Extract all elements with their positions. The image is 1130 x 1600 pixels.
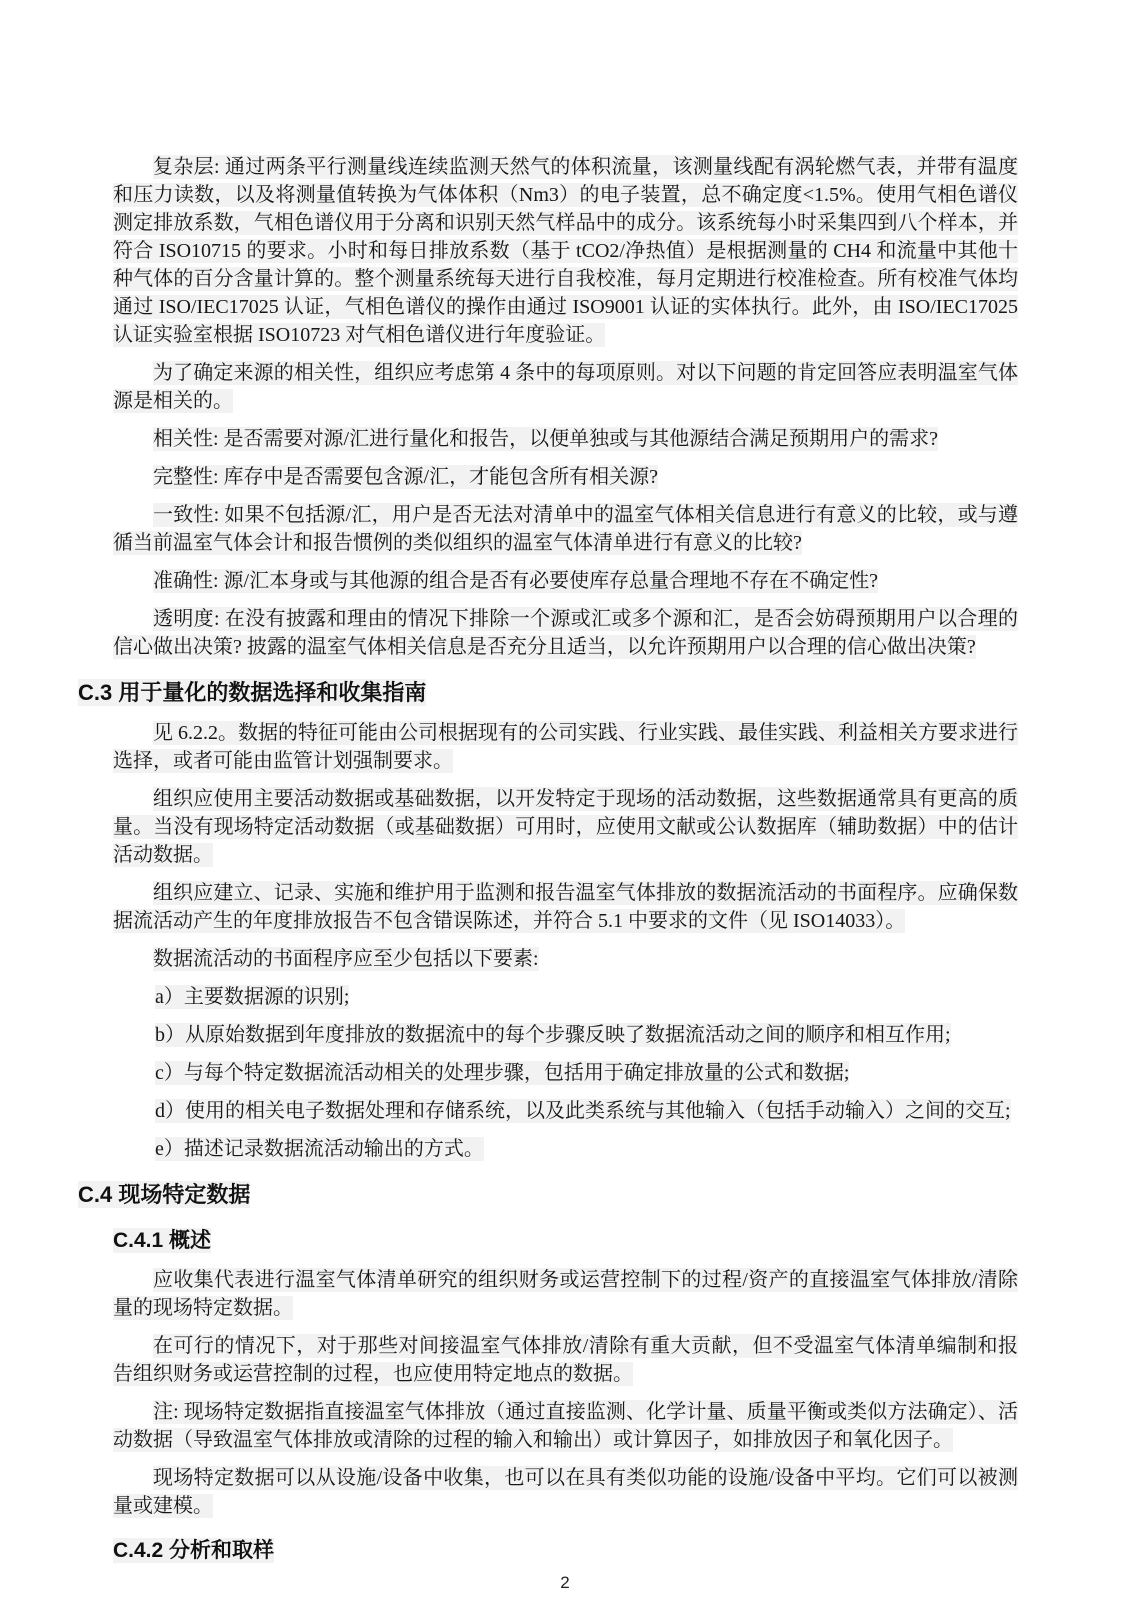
- document-content: 复杂层: 通过两条平行测量线连续监测天然气的体积流量，该测量线配有涡轮燃气表，并…: [0, 0, 1130, 1565]
- list-item: d）使用的相关电子数据处理和存储系统，以及此类系统与其他输入（包括手动输入）之间…: [155, 1097, 1018, 1125]
- paragraph: 相关性: 是否需要对源/汇进行量化和报告，以便单独或与其他源结合满足预期用户的需…: [113, 425, 1018, 453]
- section-heading-text: C.3 用于量化的数据选择和收集指南: [78, 679, 426, 706]
- paragraph: 复杂层: 通过两条平行测量线连续监测天然气的体积流量，该测量线配有涡轮燃气表，并…: [113, 153, 1018, 349]
- paragraph: 数据流活动的书面程序应至少包括以下要素:: [113, 945, 1018, 973]
- paragraph-text: 复杂层: 通过两条平行测量线连续监测天然气的体积流量，该测量线配有涡轮燃气表，并…: [113, 155, 1018, 347]
- paragraph: 在可行的情况下，对于那些对间接温室气体排放/清除有重大贡献，但不受温室气体清单编…: [113, 1332, 1018, 1388]
- paragraph: 透明度: 在没有披露和理由的情况下排除一个源或汇或多个源和汇，是否会妨碍预期用户…: [113, 605, 1018, 661]
- paragraph: 为了确定来源的相关性，组织应考虑第 4 条中的每项原则。对以下问题的肯定回答应表…: [113, 359, 1018, 415]
- paragraph: 准确性: 源/汇本身或与其他源的组合是否有必要使库存总量合理地不存在不确定性?: [113, 567, 1018, 595]
- list-item-text: c）与每个特定数据流活动相关的处理步骤，包括用于确定排放量的公式和数据;: [155, 1061, 849, 1085]
- list-item-text: a）主要数据源的识别;: [155, 985, 349, 1009]
- paragraph-text: 相关性: 是否需要对源/汇进行量化和报告，以便单独或与其他源结合满足预期用户的需…: [153, 427, 938, 451]
- subsection-heading-text: C.4.1 概述: [113, 1228, 211, 1253]
- paragraph-text: 在可行的情况下，对于那些对间接温室气体排放/清除有重大贡献，但不受温室气体清单编…: [113, 1334, 1018, 1386]
- list-item-text: b）从原始数据到年度排放的数据流中的每个步骤反映了数据流活动之间的顺序和相互作用…: [155, 1023, 951, 1047]
- paragraph: 完整性: 库存中是否需要包含源/汇，才能包含所有相关源?: [113, 463, 1018, 491]
- paragraph-text: 准确性: 源/汇本身或与其他源的组合是否有必要使库存总量合理地不存在不确定性?: [153, 569, 878, 593]
- paragraph-text: 组织应建立、记录、实施和维护用于监测和报告温室气体排放的数据流活动的书面程序。应…: [113, 881, 1018, 933]
- paragraph: 一致性: 如果不包括源/汇，用户是否无法对清单中的温室气体相关信息进行有意义的比…: [113, 501, 1018, 557]
- section-heading-c3: C.3 用于量化的数据选择和收集指南: [78, 678, 1018, 708]
- paragraph-text: 注: 现场特定数据指直接温室气体排放（通过直接监测、化学计量、质量平衡或类似方法…: [113, 1400, 1018, 1452]
- paragraph: 现场特定数据可以从设施/设备中收集，也可以在具有类似功能的设施/设备中平均。它们…: [113, 1464, 1018, 1520]
- paragraph: 见 6.2.2。数据的特征可能由公司根据现有的公司实践、行业实践、最佳实践、利益…: [113, 719, 1018, 775]
- paragraph: 注: 现场特定数据指直接温室气体排放（通过直接监测、化学计量、质量平衡或类似方法…: [113, 1398, 1018, 1454]
- paragraph-text: 见 6.2.2。数据的特征可能由公司根据现有的公司实践、行业实践、最佳实践、利益…: [113, 721, 1018, 773]
- document-page: 复杂层: 通过两条平行测量线连续监测天然气的体积流量，该测量线配有涡轮燃气表，并…: [0, 0, 1130, 1600]
- paragraph-text: 组织应使用主要活动数据或基础数据，以开发特定于现场的活动数据，这些数据通常具有更…: [113, 787, 1018, 867]
- paragraph: 应收集代表进行温室气体清单研究的组织财务或运营控制下的过程/资产的直接温室气体排…: [113, 1266, 1018, 1322]
- list-item-text: e）描述记录数据流活动输出的方式。: [155, 1137, 484, 1161]
- list-item-text: d）使用的相关电子数据处理和存储系统，以及此类系统与其他输入（包括手动输入）之间…: [155, 1099, 1011, 1123]
- paragraph: 组织应建立、记录、实施和维护用于监测和报告温室气体排放的数据流活动的书面程序。应…: [113, 879, 1018, 935]
- paragraph-text: 应收集代表进行温室气体清单研究的组织财务或运营控制下的过程/资产的直接温室气体排…: [113, 1268, 1018, 1320]
- paragraph-text: 完整性: 库存中是否需要包含源/汇，才能包含所有相关源?: [153, 465, 658, 489]
- paragraph-text: 透明度: 在没有披露和理由的情况下排除一个源或汇或多个源和汇，是否会妨碍预期用户…: [113, 607, 1018, 659]
- section-heading-text: C.4 现场特定数据: [78, 1181, 250, 1208]
- list-item: c）与每个特定数据流活动相关的处理步骤，包括用于确定排放量的公式和数据;: [155, 1059, 1018, 1087]
- paragraph: 组织应使用主要活动数据或基础数据，以开发特定于现场的活动数据，这些数据通常具有更…: [113, 785, 1018, 869]
- subsection-heading-c42: C.4.2 分析和取样: [113, 1536, 1018, 1565]
- list-item: e）描述记录数据流活动输出的方式。: [155, 1135, 1018, 1163]
- paragraph-text: 现场特定数据可以从设施/设备中收集，也可以在具有类似功能的设施/设备中平均。它们…: [113, 1466, 1018, 1518]
- list-item: a）主要数据源的识别;: [155, 983, 1018, 1011]
- section-heading-c4: C.4 现场特定数据: [78, 1180, 1018, 1210]
- list-item: b）从原始数据到年度排放的数据流中的每个步骤反映了数据流活动之间的顺序和相互作用…: [155, 1021, 1018, 1049]
- paragraph-text: 为了确定来源的相关性，组织应考虑第 4 条中的每项原则。对以下问题的肯定回答应表…: [113, 361, 1018, 413]
- subsection-heading-text: C.4.2 分析和取样: [113, 1538, 274, 1563]
- page-number: 2: [0, 1573, 1130, 1593]
- paragraph-text: 数据流活动的书面程序应至少包括以下要素:: [153, 947, 539, 971]
- paragraph-text: 一致性: 如果不包括源/汇，用户是否无法对清单中的温室气体相关信息进行有意义的比…: [113, 503, 1018, 555]
- subsection-heading-c41: C.4.1 概述: [113, 1226, 1018, 1255]
